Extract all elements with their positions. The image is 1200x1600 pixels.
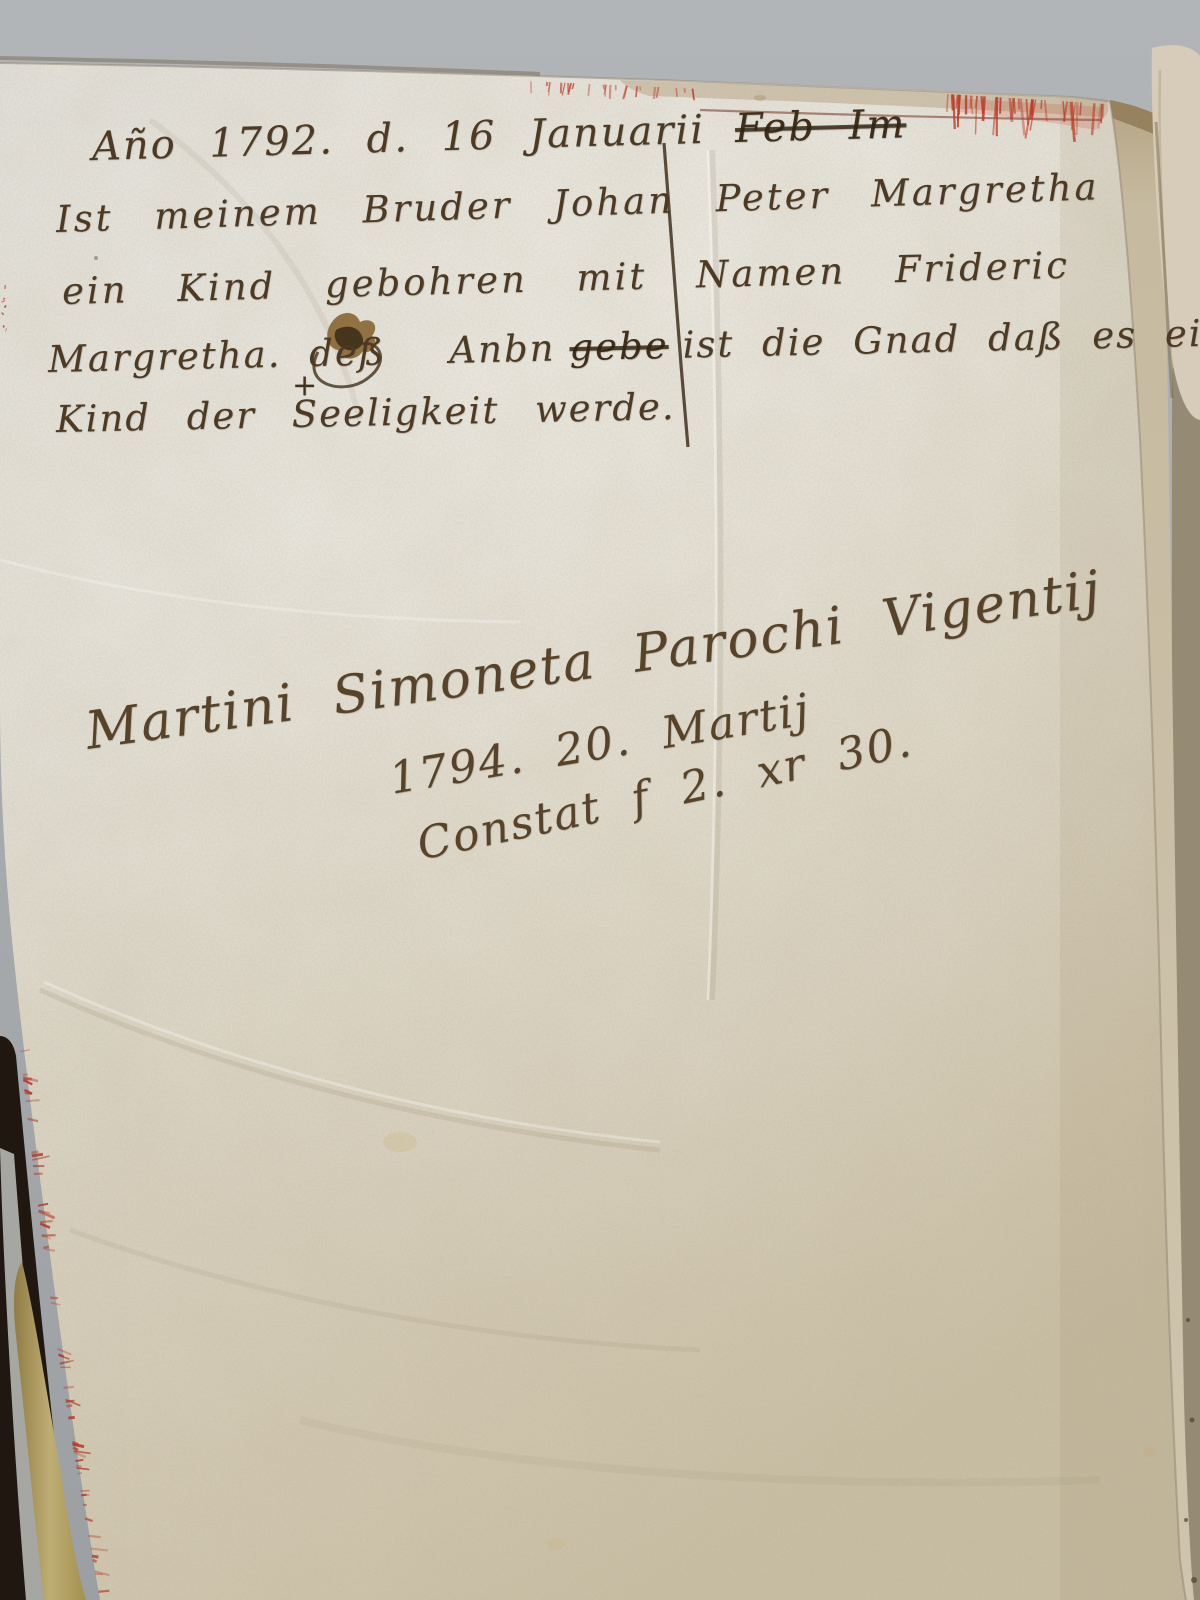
red-speckle	[1019, 99, 1020, 110]
red-speckle	[42, 1235, 56, 1236]
red-speckle	[1080, 102, 1081, 115]
red-speckle	[610, 85, 611, 99]
red-speckle	[971, 96, 972, 109]
red-speckle	[68, 1417, 74, 1418]
red-speckle	[676, 88, 677, 97]
red-speckle	[32, 1154, 43, 1156]
red-speckle	[640, 86, 641, 90]
red-speckle	[1014, 98, 1015, 114]
red-speckle	[32, 1152, 39, 1153]
birth-entry-line-1-strikethrough: Feb Im	[734, 101, 907, 152]
red-speckle	[83, 1505, 87, 1506]
red-speckle	[40, 1221, 52, 1222]
red-speckle	[953, 95, 955, 130]
manuscript-photo: Año 1792. d. 16 JanuariiFeb Im Ist meine…	[0, 0, 1200, 1600]
red-speckle	[605, 85, 606, 91]
red-speckle	[78, 1473, 83, 1474]
red-speckle	[88, 1536, 100, 1537]
red-speckle	[1000, 97, 1001, 113]
birth-entry-line-4-word: Anbn	[449, 326, 556, 371]
red-speckle	[982, 96, 984, 114]
red-speckle	[92, 1556, 99, 1557]
red-speckle	[67, 1405, 73, 1406]
red-speckle	[947, 94, 948, 112]
red-speckle	[603, 85, 604, 89]
red-speckle	[25, 1093, 32, 1094]
red-speckle	[60, 1363, 64, 1364]
insertion-plus-mark: +	[292, 368, 317, 403]
red-speckle	[3, 298, 5, 299]
birth-entry-line-4-strikethrough: gebe	[569, 324, 669, 369]
red-speckle	[93, 1560, 97, 1562]
red-speckle	[98, 1591, 109, 1592]
red-speckle	[549, 82, 550, 96]
red-speckle	[64, 1387, 74, 1388]
red-speckle	[588, 84, 589, 96]
red-speckle	[95, 1574, 103, 1575]
red-speckle	[75, 1460, 83, 1461]
red-speckle	[684, 88, 685, 92]
red-speckle	[26, 1100, 40, 1101]
red-speckle	[1077, 102, 1078, 135]
red-speckle	[76, 1466, 82, 1467]
birth-entry-line-4-start: Margretha. deß	[48, 330, 386, 381]
red-speckle	[50, 1298, 58, 1299]
red-speckle	[1031, 99, 1032, 119]
red-speckle	[654, 87, 655, 99]
